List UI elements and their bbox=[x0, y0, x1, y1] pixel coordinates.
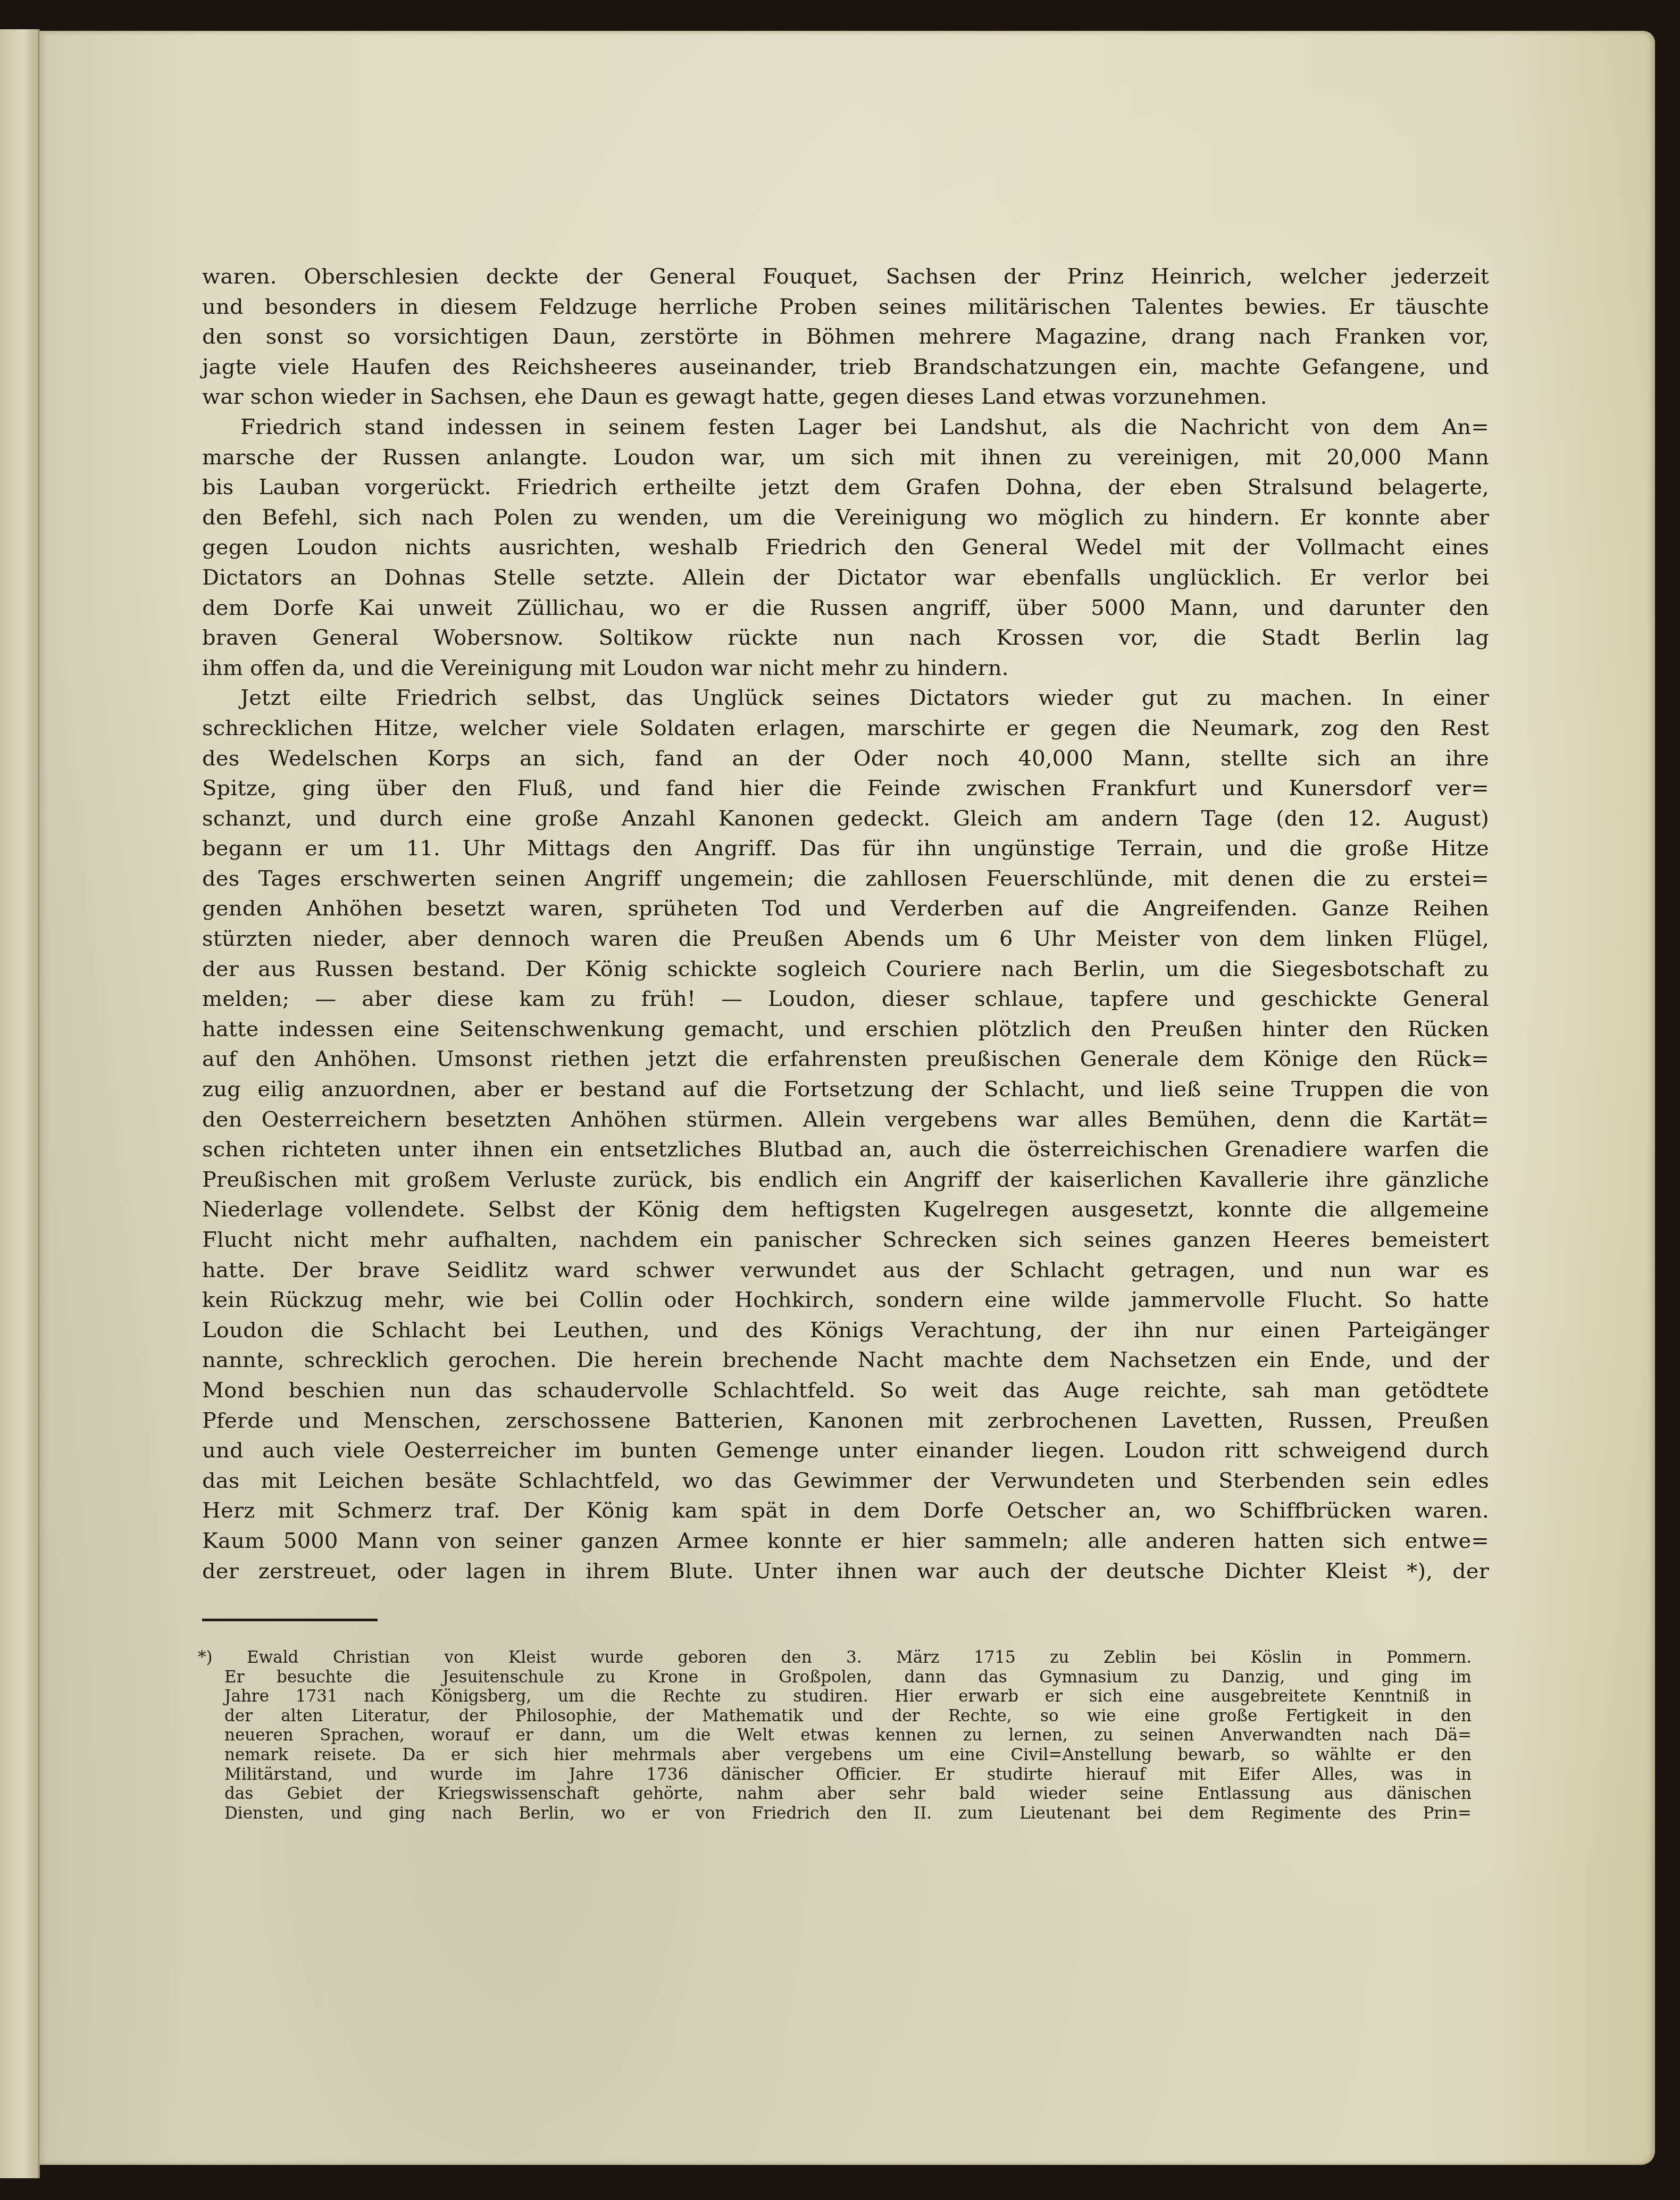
body-line: genden Anhöhen besetzt waren, sprüheten … bbox=[202, 894, 1489, 924]
body-line: Flucht nicht mehr aufhalten, nachdem ein… bbox=[202, 1225, 1489, 1255]
body-line: war schon wieder in Sachsen, ehe Daun es… bbox=[202, 382, 1489, 412]
body-line: und auch viele Oesterreicher im bunten G… bbox=[202, 1436, 1489, 1466]
body-line: Dictators an Dohnas Stelle setzte. Allei… bbox=[202, 563, 1489, 593]
body-line: den Oesterreichern besetzten Anhöhen stü… bbox=[202, 1105, 1489, 1135]
body-line: Loudon die Schlacht bei Leuthen, und des… bbox=[202, 1315, 1489, 1346]
body-line: des Tages erschwerten seinen Angriff ung… bbox=[202, 864, 1489, 894]
footnote-line: Er besuchte die Jesuitenschule zu Krone … bbox=[198, 1668, 1472, 1687]
body-line: marsche der Russen anlangte. Loudon war,… bbox=[202, 443, 1489, 473]
body-line: Pferde und Menschen, zerschossene Batter… bbox=[202, 1406, 1489, 1436]
footnote-line: *) Ewald Christian von Kleist wurde gebo… bbox=[198, 1648, 1472, 1668]
body-line: jagte viele Haufen des Reichsheeres ause… bbox=[202, 352, 1489, 382]
body-line: Kaum 5000 Mann von seiner ganzen Armee k… bbox=[202, 1526, 1489, 1556]
body-text: waren. Oberschlesien deckte der General … bbox=[202, 262, 1489, 1586]
footnote: *) Ewald Christian von Kleist wurde gebo… bbox=[198, 1648, 1472, 1823]
body-line: den Befehl, sich nach Polen zu wenden, u… bbox=[202, 503, 1489, 533]
body-line: dem Dorfe Kai unweit Züllichau, wo er di… bbox=[202, 593, 1489, 623]
body-line: des Wedelschen Korps an sich, fand an de… bbox=[202, 744, 1489, 774]
body-line: Herz mit Schmerz traf. Der König kam spä… bbox=[202, 1496, 1489, 1526]
body-line: den sonst so vorsichtigen Daun, zerstört… bbox=[202, 322, 1489, 352]
body-line: braven General Wobersnow. Soltikow rückt… bbox=[202, 623, 1489, 653]
body-line: schanzt, und durch eine große Anzahl Kan… bbox=[202, 804, 1489, 834]
footnote-separator-rule bbox=[202, 1619, 378, 1621]
body-line: und besonders in diesem Feldzuge herrlic… bbox=[202, 292, 1489, 322]
body-line: zug eilig anzuordnen, aber er bestand au… bbox=[202, 1074, 1489, 1105]
body-line: gegen Loudon nichts ausrichten, weshalb … bbox=[202, 532, 1489, 563]
previous-page-edge bbox=[0, 29, 40, 2178]
body-line: auf den Anhöhen. Umsonst riethen jetzt d… bbox=[202, 1044, 1489, 1074]
body-line: Preußischen mit großem Verluste zurück, … bbox=[202, 1165, 1489, 1195]
body-line: ihm offen da, und die Vereinigung mit Lo… bbox=[202, 653, 1489, 684]
body-line: hatte indessen eine Seitenschwenkung gem… bbox=[202, 1014, 1489, 1045]
footnote-line: Militärstand, und wurde im Jahre 1736 dä… bbox=[198, 1765, 1472, 1785]
paragraph-start-line: Jetzt eilte Friedrich selbst, das Unglüc… bbox=[202, 683, 1489, 713]
body-line: Mond beschien nun das schaudervolle Schl… bbox=[202, 1376, 1489, 1406]
body-line: bis Lauban vorgerückt. Friedrich ertheil… bbox=[202, 472, 1489, 503]
body-line: begann er um 11. Uhr Mittags den Angriff… bbox=[202, 834, 1489, 864]
body-line: kein Rückzug mehr, wie bei Collin oder H… bbox=[202, 1285, 1489, 1315]
footnote-line: nemark reisete. Da er sich hier mehrmals… bbox=[198, 1745, 1472, 1765]
footnote-line: das Gebiet der Kriegswissenschaft gehört… bbox=[198, 1784, 1472, 1804]
body-line: das mit Leichen besäte Schlachtfeld, wo … bbox=[202, 1466, 1489, 1496]
footnote-line: Diensten, und ging nach Berlin, wo er vo… bbox=[198, 1804, 1472, 1823]
body-line: Spitze, ging über den Fluß, und fand hie… bbox=[202, 773, 1489, 804]
body-line: nannte, schrecklich gerochen. Die herein… bbox=[202, 1345, 1489, 1376]
body-line: hatte. Der brave Seidlitz ward schwer ve… bbox=[202, 1255, 1489, 1286]
footnote-line: neueren Sprachen, worauf er dann, um die… bbox=[198, 1726, 1472, 1745]
body-line: Niederlage vollendete. Selbst der König … bbox=[202, 1195, 1489, 1225]
body-line: der zerstreuet, oder lagen in ihrem Blut… bbox=[202, 1556, 1489, 1587]
body-line: waren. Oberschlesien deckte der General … bbox=[202, 262, 1489, 292]
paragraph-start-line: Friedrich stand indessen in seinem feste… bbox=[202, 412, 1489, 443]
body-line: schen richteten unter ihnen ein entsetzl… bbox=[202, 1135, 1489, 1165]
body-line: melden; — aber diese kam zu früh! — Loud… bbox=[202, 984, 1489, 1014]
footnote-line: Jahre 1731 nach Königsberg, um die Recht… bbox=[198, 1687, 1472, 1706]
footnote-line: der alten Literatur, der Philosophie, de… bbox=[198, 1706, 1472, 1726]
body-line: stürzten nieder, aber dennoch waren die … bbox=[202, 924, 1489, 954]
body-line: schrecklichen Hitze, welcher viele Solda… bbox=[202, 713, 1489, 744]
body-line: der aus Russen bestand. Der König schick… bbox=[202, 954, 1489, 985]
